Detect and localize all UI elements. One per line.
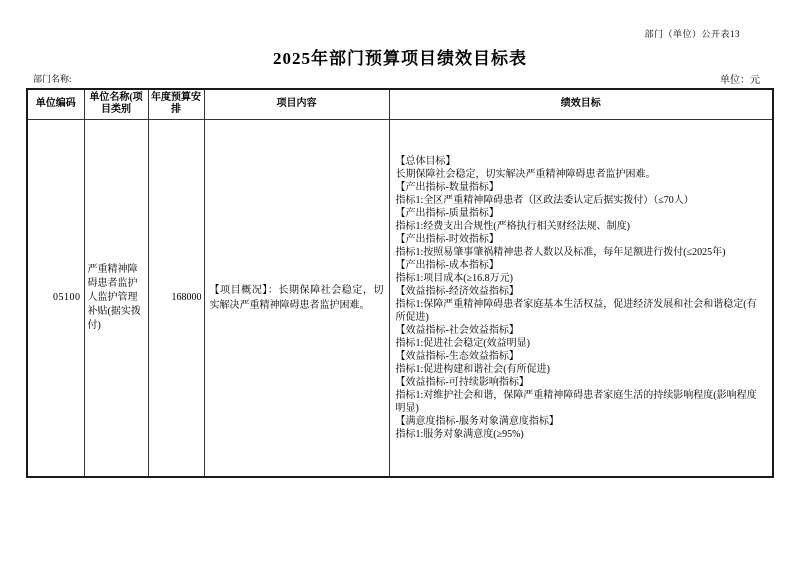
public-table-number-note: 部门（单位）公开表13 [644,27,740,40]
goal-line: 【产出指标-成本指标】 [396,259,767,272]
goal-line: 指标1:经费支出合规性(严格执行相关财经法规、制度) [396,220,767,233]
page-title: 2025年部门预算项目绩效目标表 [0,44,800,69]
goal-line: 【效益指标-生态效益指标】 [396,350,767,363]
goal-line: 指标1:促进社会稳定(效益明显) [396,337,767,350]
goal-line: 指标1:项目成本(≥16.8万元) [396,272,767,285]
goal-line: 指标1:保障严重精神障碍患者家庭基本生活权益，促进经济发展和社会和谐稳定(有所促… [396,298,767,324]
goal-line: 【产出指标-数量指标】 [396,181,767,194]
performance-goals-cell: 【总体目标】长期保障社会稳定，切实解决严重精神障碍患者监护困难。【产出指标-数量… [389,119,773,477]
currency-unit-label: 单位：元 [720,71,760,86]
goal-line: 【效益指标-社会效益指标】 [396,324,767,337]
annual-budget-cell: 168000 [148,119,204,477]
goal-line: 指标1:对维护社会和谐，保障严重精神障碍患者家庭生活的持续影响程度(影响程度明显… [396,389,767,415]
header-annual-budget: 年度预算安排 [148,89,204,119]
goal-line: 【总体目标】 [396,155,767,168]
header-unit-code: 单位编码 [27,89,84,119]
header-performance-target: 绩效目标 [389,89,773,119]
unit-name-cell: 严重精神障碍患者监护人监护管理补贴(据实拨付) [84,119,148,477]
document-page: 部门（单位）公开表13 2025年部门预算项目绩效目标表 部门名称: 单位：元 … [0,0,800,565]
performance-target-table: 单位编码 单位名称(项目类别 年度预算安排 项目内容 绩效目标 05100 严重… [26,88,774,478]
table-header-row: 单位编码 单位名称(项目类别 年度预算安排 项目内容 绩效目标 [27,89,773,119]
goal-line: 【产出指标-质量指标】 [396,207,767,220]
goal-line: 【产出指标-时效指标】 [396,233,767,246]
goal-line: 指标1:服务对象满意度(≥95%) [396,428,767,441]
goal-line: 【满意度指标-服务对象满意度指标】 [396,415,767,428]
goal-line: 指标1:全区严重精神障碍患者（区政法委认定后据实拨付）（≤70人） [396,194,767,207]
goal-line: 指标1:按照易肇事肇祸精神患者人数以及标准，每年足额进行拨付(≤2025年) [396,246,767,259]
header-project-content: 项目内容 [204,89,389,119]
goal-line: 【效益指标-可持续影响指标】 [396,376,767,389]
department-name-label: 部门名称: [33,72,72,85]
unit-code-cell: 05100 [27,119,84,477]
table-row: 05100 严重精神障碍患者监护人监护管理补贴(据实拨付) 168000 【项目… [27,119,773,477]
header-unit-name: 单位名称(项目类别 [84,89,148,119]
goal-line: 长期保障社会稳定，切实解决严重精神障碍患者监护困难。 [396,168,767,181]
goal-line: 指标1:促进构建和谐社会(有所促进) [396,363,767,376]
goal-line: 【效益指标-经济效益指标】 [396,285,767,298]
project-content-cell: 【项目概况】：长期保障社会稳定，切实解决严重精神障碍患者监护困难。 [204,119,389,477]
